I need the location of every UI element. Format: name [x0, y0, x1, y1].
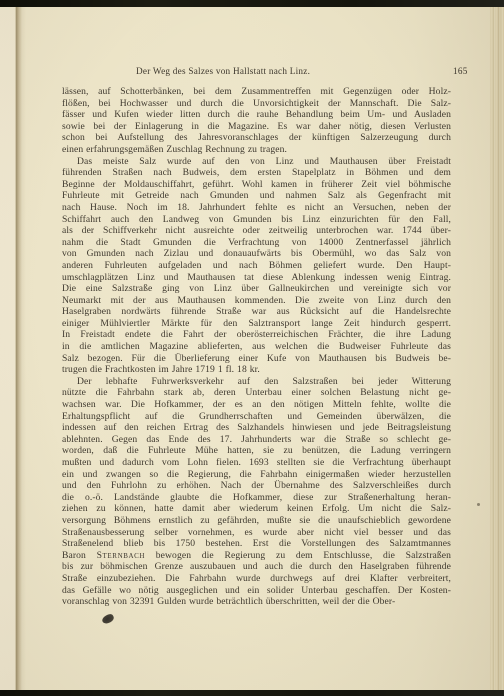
text-line: das Gefälle wo nötig ausgeglichen und ei… — [62, 585, 451, 597]
page-header: Der Weg des Salzes von Hallstatt nach Li… — [62, 66, 468, 79]
body-text: lässen, auf Schotterbänken, bei dem Zusa… — [62, 86, 451, 608]
text-line: Salz bezogen. Für die Überlieferung eine… — [62, 353, 451, 365]
paragraph: lässen, auf Schotterbänken, bei dem Zusa… — [62, 86, 451, 156]
text-line: ein und zwangen so die Regierung, die Fa… — [62, 469, 451, 481]
text-line: Straßenausbesserung selber vornehmen, es… — [62, 527, 451, 539]
text-line: anderen Fuhrleuten aufgeladen und nach B… — [62, 260, 451, 272]
text-line: worden, daß die Fuhrleute Mühe hatten, s… — [62, 445, 451, 457]
text-line: in die amtlichen Magazine ablieferten, a… — [62, 341, 451, 353]
text-line: Straße einzubeziehen. Die Fahrbahn wurde… — [62, 573, 451, 585]
text-line: einen erfahrungsgemäßen Zuschlag Rechnun… — [62, 144, 451, 156]
stacked-page-edges — [487, 7, 504, 690]
text-line: Fuhrleute mit Getreide nach Gmunden und … — [62, 190, 451, 202]
text-line: In Freistadt endete die Fahrt der oberös… — [62, 329, 451, 341]
text-line: Neumarkt mit der aus Mauthausen kommende… — [62, 295, 451, 307]
page-fold-crease — [16, 7, 26, 690]
text-line: ziehen zu können, hatte damit aber wiede… — [62, 503, 451, 515]
text-line: als der Schiffverkehr nicht ausreichte o… — [62, 225, 451, 237]
text-line: versorgung Böhmens ernstlich zu gefährde… — [62, 515, 451, 527]
text-line: Baron Sternbach bewogen die Regierung zu… — [62, 550, 451, 562]
text-line: nahm die Stadt Gmunden die Verfrachtung … — [62, 237, 451, 249]
text-line: Beginne der Moldauschiffahrt, geführt. W… — [62, 179, 451, 191]
text-line: umschlagplätzen Linz und Mauthausen tat … — [62, 272, 451, 284]
ink-blot-artifact — [101, 613, 115, 626]
book-page-scan: Der Weg des Salzes von Hallstatt nach Li… — [0, 0, 504, 696]
text-line: schon bei Aufstellung des Jahresvoransch… — [62, 132, 451, 144]
text-line: wachsen war. Die Hofkammer, der es an de… — [62, 399, 451, 411]
scanner-dark-band-bottom — [0, 690, 504, 696]
text-line: die o.-ö. Landstände glaubte die Hofkamm… — [62, 492, 451, 504]
text-line: sowie bei der Einlagerung in die Magazin… — [62, 121, 451, 133]
text-line: führenden Straßen nach Budweis, dem erst… — [62, 167, 451, 179]
text-line: Schiffahrt auch den Landweg von Gmunden … — [62, 214, 451, 226]
text-line: Haselgraben nordwärts führende Straße wa… — [62, 306, 451, 318]
text-line: trugen die Frachtkosten im Jahre 1719 1 … — [62, 364, 451, 376]
text-line: von Gmunden nach Zizlau und donauaufwärt… — [62, 248, 451, 260]
text-line: mußten und dadurch vom Lohn fielen. 1693… — [62, 457, 451, 469]
text-line: flößen, bei Hochwasser und durch die Unv… — [62, 98, 451, 110]
text-line: und den Fuhrlohn zu erhöhen. Nach der Üb… — [62, 480, 451, 492]
text-line: ablehnten. Gegen das Ende des 17. Jahrhu… — [62, 434, 451, 446]
text-line: indessen auf den reichen Ertrag des Salz… — [62, 422, 451, 434]
page-content: Der Weg des Salzes von Hallstatt nach Li… — [62, 66, 468, 608]
text-line: fässer und Kufen wieder litten durch die… — [62, 109, 451, 121]
text-line: voranschlag von 32391 Gulden wurde beträ… — [62, 596, 451, 608]
paragraph: Das meiste Salz wurde auf den von Linz u… — [62, 156, 451, 376]
text-line: Das meiste Salz wurde auf den von Linz u… — [62, 156, 451, 168]
scanner-dark-band-top — [0, 0, 504, 7]
paper-page: Der Weg des Salzes von Hallstatt nach Li… — [0, 7, 504, 690]
page-number: 165 — [453, 66, 468, 76]
text-line: Der lebhafte Fuhrwerksverkehr auf den Sa… — [62, 376, 451, 388]
paragraph: Der lebhafte Fuhrwerksverkehr auf den Sa… — [62, 376, 451, 608]
margin-speck-artifact — [477, 503, 480, 506]
text-line: lässen, auf Schotterbänken, bei dem Zusa… — [62, 86, 451, 98]
text-line: nach Hause. Noch im 18. Jahrhundert fehl… — [62, 202, 451, 214]
running-title: Der Weg des Salzes von Hallstatt nach Li… — [136, 66, 310, 76]
text-line: Erhaltungspflicht auf die Grundherrschaf… — [62, 411, 451, 423]
text-line: Die eine Salzstraße ging von Linz über G… — [62, 283, 451, 295]
person-name: Sternbach — [97, 550, 145, 561]
text-line: einiger Mühlviertler Märkte für den Salz… — [62, 318, 451, 330]
text-line: Straßenelend blieb bis 1750 bestehen. Er… — [62, 538, 451, 550]
text-line: bis zur böhmischen Grenze auszubauen und… — [62, 561, 451, 573]
text-line: nützte die Fahrbahn stark ab, deren Unte… — [62, 387, 451, 399]
